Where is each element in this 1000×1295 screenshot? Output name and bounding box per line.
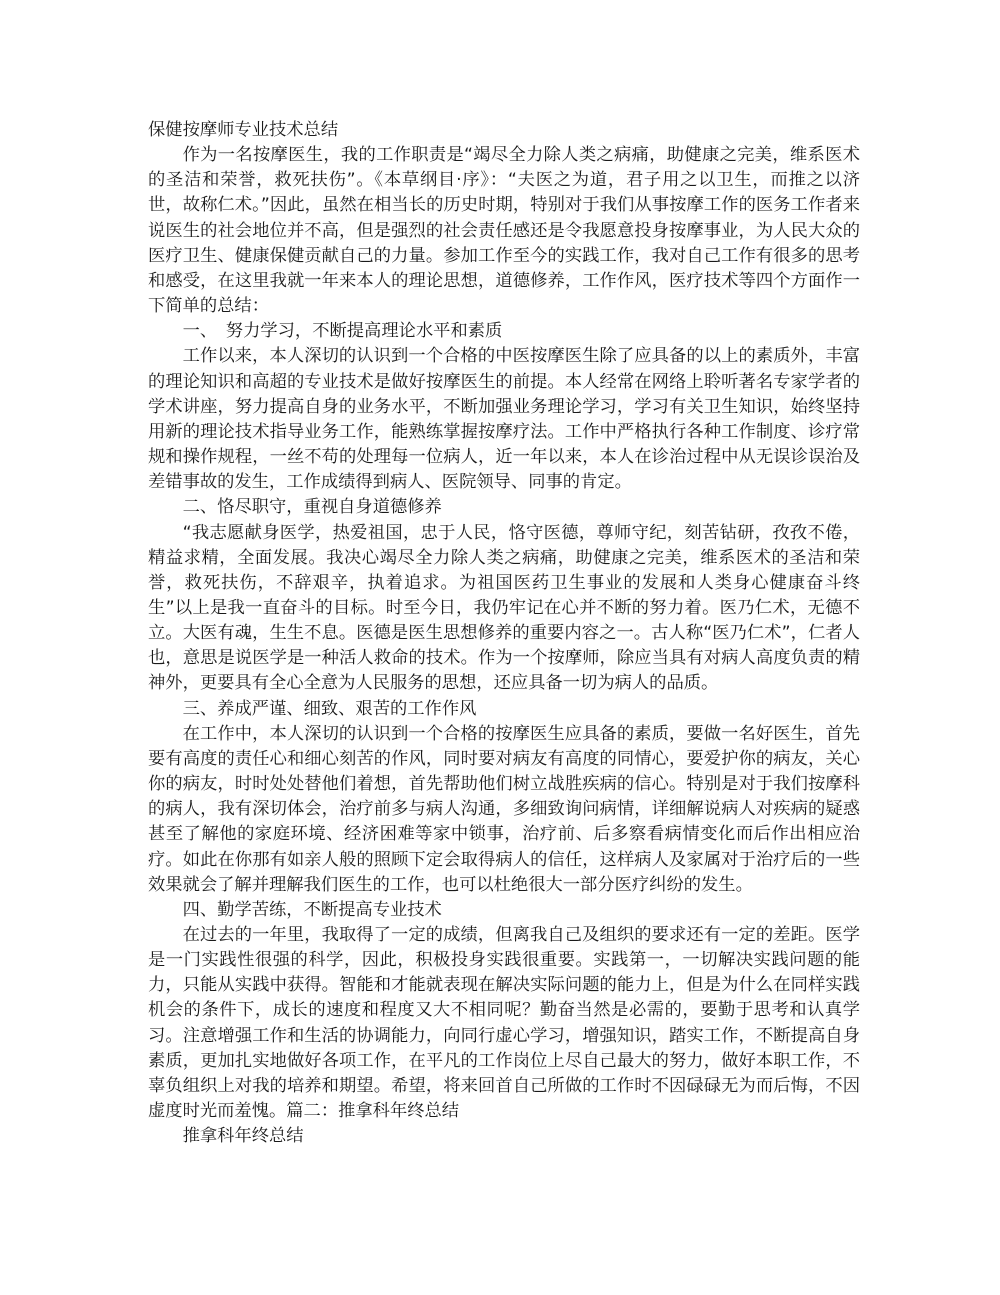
paragraph-section-1: 工作以来，本人深切的认识到一个合格的中医按摩医生除了应具备的以上的素质外，丰富的… [148,344,860,495]
paragraph-intro: 作为一名按摩医生，我的工作职责是“竭尽全力除人类之病痛，助健康之完美，维系医术的… [148,143,860,319]
document-page: 保健按摩师专业技术总结 作为一名按摩医生，我的工作职责是“竭尽全力除人类之病痛，… [148,118,860,1149]
section-heading-2: 二、恪尽职守，重视自身道德修养 [148,495,860,520]
paragraph-section-3: 在工作中，本人深切的认识到一个合格的按摩医生应具备的素质，要做一名好医生，首先要… [148,722,860,898]
section-heading-3: 三、养成严谨、细致、艰苦的工作作风 [148,697,860,722]
section-heading-1: 一、 努力学习，不断提高理论水平和素质 [148,319,860,344]
paragraph-section-2: “我志愿献身医学，热爱祖国，忠于人民，恪守医德，尊师守纪，刻苦钻研，孜孜不倦，精… [148,521,860,697]
paragraph-next-title: 推拿科年终总结 [148,1124,860,1149]
paragraph-section-4: 在过去的一年里，我取得了一定的成绩，但离我自己及组织的要求还有一定的差距。医学是… [148,923,860,1124]
document-title: 保健按摩师专业技术总结 [148,118,860,143]
section-heading-4: 四、勤学苦练，不断提高专业技术 [148,898,860,923]
